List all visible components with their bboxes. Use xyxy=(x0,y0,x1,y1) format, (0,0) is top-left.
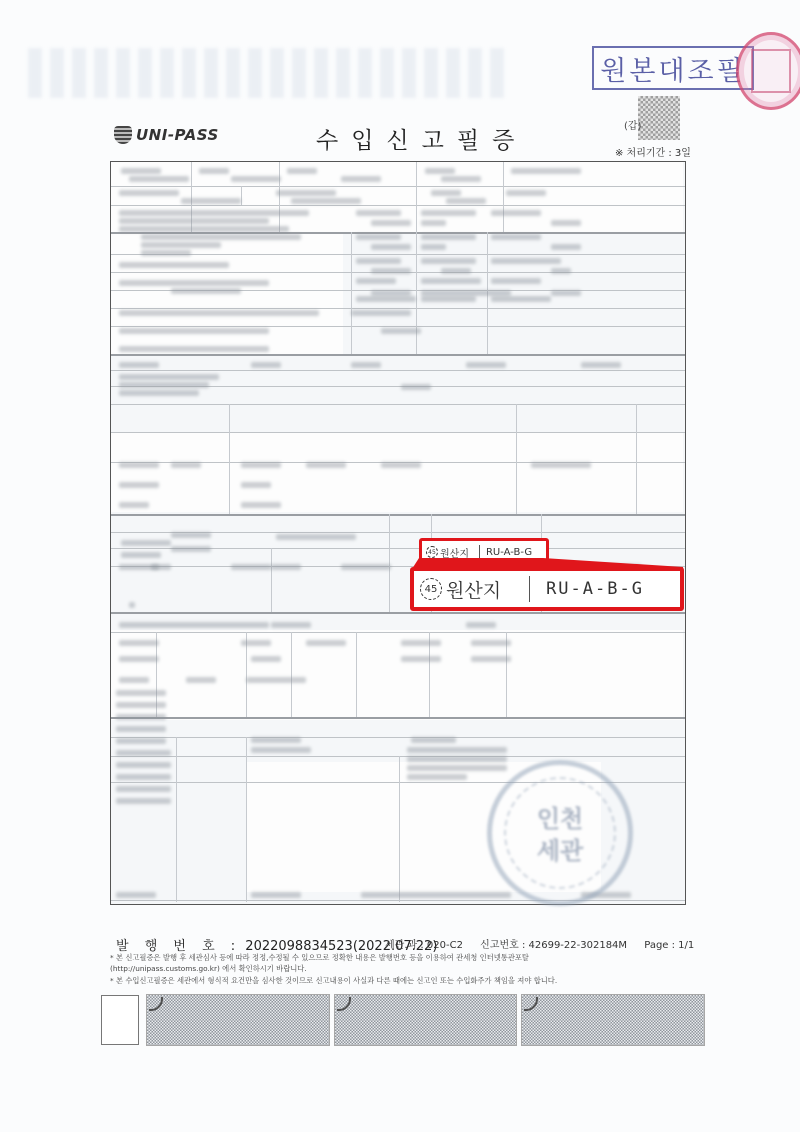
red-seal-icon xyxy=(736,32,800,110)
unipass-logo: UNI-PASS xyxy=(114,126,219,144)
customs-section: 세관.과 : 020-C2 xyxy=(385,940,463,951)
origin-value: RU-A-B-G xyxy=(486,547,532,558)
declaration-meta: 세관.과 : 020-C2 신고번호 : 42699-22-302184M Pa… xyxy=(385,936,708,951)
faded-background-text xyxy=(28,48,508,98)
declaration-number: 신고번호 : 42699-22-302184M xyxy=(480,940,627,951)
barcode-1 xyxy=(146,994,330,1046)
seal-line-2: 세관 xyxy=(492,831,628,866)
form-type-label: (갑) xyxy=(624,117,641,132)
shield-icon xyxy=(114,126,132,144)
field-number-icon: 45 xyxy=(426,546,438,558)
blank-box xyxy=(101,995,139,1045)
footer-note-2: * 본 수입신고필증은 세관에서 형식적 요건만을 심사한 것이므로 신고내용이… xyxy=(110,976,557,986)
qr-code xyxy=(638,96,680,140)
issue-label: 발 행 번 호 : xyxy=(116,939,241,954)
document-title: 수입신고필증 xyxy=(316,122,527,155)
processing-period: ※ 처리기간 : 3일 xyxy=(615,144,691,159)
origin-label-zoomed: 원산지 xyxy=(446,576,501,603)
origin-field-zoomed: 45 원산지 RU-A-B-G xyxy=(410,567,684,611)
barcode-3 xyxy=(521,994,705,1046)
footer-note-1: * 본 신고필증은 발행 후 세관심사 등에 따라 정정,수정될 수 있으므로 … xyxy=(110,953,529,963)
origin-value-zoomed: RU-A-B-G xyxy=(546,579,644,599)
page-number: Page : 1/1 xyxy=(644,940,694,951)
barcode-2 xyxy=(334,994,517,1046)
logo-text: UNI-PASS xyxy=(136,126,219,144)
seal-line-1: 인천 xyxy=(492,799,628,834)
field-number-icon: 45 xyxy=(420,578,442,600)
copy-verified-stamp: 원본대조필 xyxy=(592,46,754,90)
customs-seal-icon: 인천 세관 xyxy=(487,760,633,906)
footer-note-1b: (http://unipass.customs.go.kr) 에서 확인하시기 … xyxy=(110,964,307,974)
